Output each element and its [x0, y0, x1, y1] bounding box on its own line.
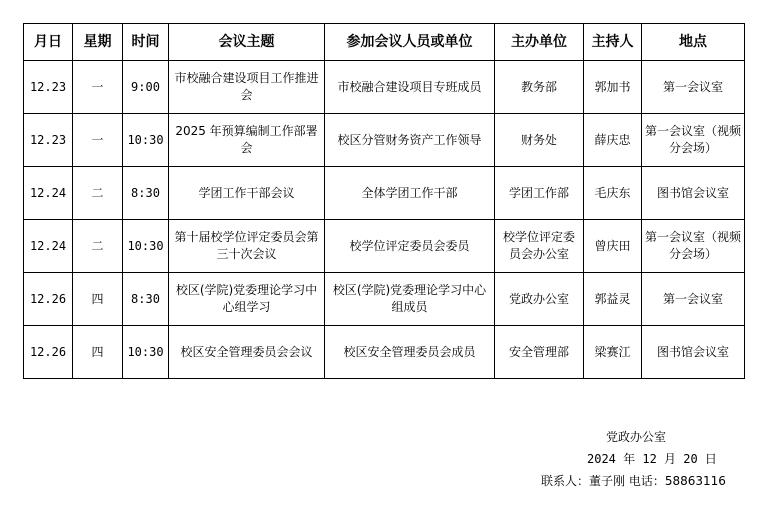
table-row: 12.23 一 10:30 2025 年预算编制工作部署会 校区分管财务资产工作…: [24, 114, 745, 167]
cell-weekday: 四: [73, 326, 123, 379]
cell-organizer: 教务部: [495, 61, 584, 114]
header-time: 时间: [123, 24, 169, 61]
cell-topic: 2025 年预算编制工作部署会: [169, 114, 325, 167]
cell-host: 梁赛江: [584, 326, 642, 379]
cell-time: 9:00: [123, 61, 169, 114]
cell-attendees: 校学位评定委员会委员: [325, 220, 495, 273]
contact-info: 联系人：董子刚 电话：58863116: [541, 472, 726, 489]
cell-attendees: 校区分管财务资产工作领导: [325, 114, 495, 167]
cell-attendees: 全体学团工作干部: [325, 167, 495, 220]
issuing-office: 党政办公室: [606, 428, 666, 445]
header-row: 月日 星期 时间 会议主题 参加会议人员或单位 主办单位 主持人 地点: [24, 24, 745, 61]
cell-time: 10:30: [123, 326, 169, 379]
meeting-schedule-table: 月日 星期 时间 会议主题 参加会议人员或单位 主办单位 主持人 地点 12.2…: [23, 23, 745, 379]
cell-attendees: 校区(学院)党委理论学习中心组成员: [325, 273, 495, 326]
cell-organizer: 财务处: [495, 114, 584, 167]
cell-host: 郭益灵: [584, 273, 642, 326]
cell-weekday: 二: [73, 167, 123, 220]
cell-organizer: 校学位评定委员会办公室: [495, 220, 584, 273]
header-location: 地点: [642, 24, 745, 61]
cell-topic: 第十届校学位评定委员会第三十次会议: [169, 220, 325, 273]
cell-attendees: 校区安全管理委员会成员: [325, 326, 495, 379]
cell-host: 毛庆东: [584, 167, 642, 220]
cell-time: 10:30: [123, 114, 169, 167]
header-date: 月日: [24, 24, 73, 61]
cell-time: 8:30: [123, 167, 169, 220]
header-topic: 会议主题: [169, 24, 325, 61]
table-row: 12.24 二 8:30 学团工作干部会议 全体学团工作干部 学团工作部 毛庆东…: [24, 167, 745, 220]
cell-location: 图书馆会议室: [642, 326, 745, 379]
cell-date: 12.23: [24, 61, 73, 114]
cell-location: 第一会议室: [642, 61, 745, 114]
cell-date: 12.24: [24, 220, 73, 273]
cell-organizer: 安全管理部: [495, 326, 584, 379]
cell-host: 薛庆忠: [584, 114, 642, 167]
cell-topic: 市校融合建设项目工作推进会: [169, 61, 325, 114]
header-weekday: 星期: [73, 24, 123, 61]
cell-location: 图书馆会议室: [642, 167, 745, 220]
cell-attendees: 市校融合建设项目专班成员: [325, 61, 495, 114]
cell-host: 曾庆田: [584, 220, 642, 273]
cell-time: 8:30: [123, 273, 169, 326]
cell-organizer: 学团工作部: [495, 167, 584, 220]
table-row: 12.24 二 10:30 第十届校学位评定委员会第三十次会议 校学位评定委员会…: [24, 220, 745, 273]
cell-location: 第一会议室（视频分会场）: [642, 114, 745, 167]
header-attendees: 参加会议人员或单位: [325, 24, 495, 61]
cell-location: 第一会议室: [642, 273, 745, 326]
header-host: 主持人: [584, 24, 642, 61]
cell-topic: 学团工作干部会议: [169, 167, 325, 220]
cell-date: 12.24: [24, 167, 73, 220]
cell-weekday: 二: [73, 220, 123, 273]
table-row: 12.23 一 9:00 市校融合建设项目工作推进会 市校融合建设项目专班成员 …: [24, 61, 745, 114]
table-row: 12.26 四 10:30 校区安全管理委员会会议 校区安全管理委员会成员 安全…: [24, 326, 745, 379]
cell-location: 第一会议室（视频分会场）: [642, 220, 745, 273]
cell-weekday: 一: [73, 114, 123, 167]
issue-date: 2024 年 12 月 20 日: [587, 450, 717, 467]
header-organizer: 主办单位: [495, 24, 584, 61]
cell-date: 12.26: [24, 273, 73, 326]
cell-organizer: 党政办公室: [495, 273, 584, 326]
cell-host: 郭加书: [584, 61, 642, 114]
cell-date: 12.26: [24, 326, 73, 379]
table-row: 12.26 四 8:30 校区(学院)党委理论学习中心组学习 校区(学院)党委理…: [24, 273, 745, 326]
cell-topic: 校区(学院)党委理论学习中心组学习: [169, 273, 325, 326]
cell-time: 10:30: [123, 220, 169, 273]
cell-topic: 校区安全管理委员会会议: [169, 326, 325, 379]
cell-weekday: 四: [73, 273, 123, 326]
cell-weekday: 一: [73, 61, 123, 114]
cell-date: 12.23: [24, 114, 73, 167]
